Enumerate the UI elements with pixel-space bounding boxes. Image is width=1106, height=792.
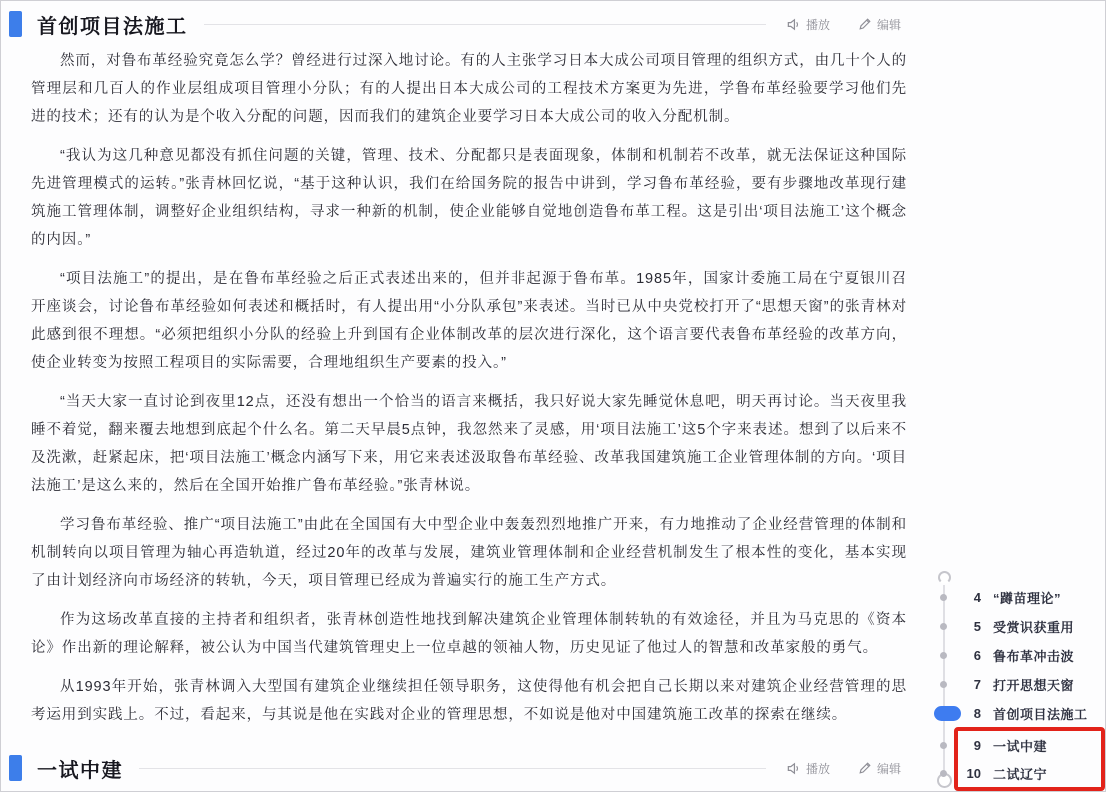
section-header-top: 首创项目法施工 播放 编辑 (9, 9, 901, 39)
active-chapter-marker (934, 706, 961, 721)
outline-item-number: 6 (962, 648, 981, 663)
timeline-dot (940, 770, 947, 777)
edit-button[interactable]: 编辑 (858, 16, 901, 33)
outline-item-5[interactable]: 5 受赏识获重用 (931, 612, 1103, 641)
play-button[interactable]: 播放 (786, 16, 830, 33)
timeline-dot (940, 623, 947, 630)
paragraph: “当天大家一直讨论到夜里12点，还没有想出一个恰当的语言来概括，我只好说大家先睡… (31, 388, 907, 500)
pencil-icon (858, 17, 872, 31)
outline-item-8-active[interactable]: 8 首创项目法施工 (931, 699, 1103, 728)
edit-label: 编辑 (877, 760, 901, 777)
paragraph: “我认为这几种意见都没有抓住问题的关键，管理、技术、分配都只是表面现象，体制和机… (31, 142, 907, 254)
edit-button[interactable]: 编辑 (858, 760, 901, 777)
timeline-dot (940, 652, 947, 659)
play-label: 播放 (806, 760, 830, 777)
section-toolbar: 播放 编辑 (786, 760, 901, 777)
outline-item-number: 4 (962, 590, 981, 605)
speaker-icon (786, 17, 801, 32)
outline-item-6[interactable]: 6 鲁布革冲击波 (931, 641, 1103, 670)
section-header-bottom: 一试中建 播放 编辑 (9, 753, 901, 783)
edit-label: 编辑 (877, 16, 901, 33)
outline-item-label: 打开思想天窗 (993, 675, 1074, 694)
speaker-icon (786, 761, 801, 776)
section-title: 首创项目法施工 (37, 10, 188, 39)
play-button[interactable]: 播放 (786, 760, 830, 777)
paragraph: 学习鲁布革经验、推广“项目法施工”由此在全国国有大中型企业中轰轰烈烈地推广开来，… (31, 511, 907, 595)
section-toolbar: 播放 编辑 (786, 16, 901, 33)
outline-item-label: “蹲苗理论” (993, 588, 1061, 607)
outline-item-number: 8 (962, 706, 981, 721)
timeline-dot (940, 681, 947, 688)
outline-item-label: 鲁布革冲击波 (993, 646, 1074, 665)
outline-item-label: 首创项目法施工 (993, 704, 1088, 723)
pencil-icon (858, 761, 872, 775)
outline-item-number: 7 (962, 677, 981, 692)
timeline-dot (940, 594, 947, 601)
document-page: 首创项目法施工 播放 编辑 然而，对鲁布革 (0, 0, 1106, 792)
outline-item-label: 受赏识获重用 (993, 617, 1074, 636)
header-divider (139, 768, 766, 769)
paragraph: 然而，对鲁布革经验究竟怎么学？曾经进行过深入地讨论。有的人主张学习日本大成公司项… (31, 47, 907, 131)
timeline-dot (940, 742, 947, 749)
outline-item-number: 10 (962, 766, 981, 781)
outline-item-label: 一试中建 (993, 736, 1047, 755)
outline-item-7[interactable]: 7 打开思想天窗 (931, 670, 1103, 699)
paragraph: 从1993年开始，张青林调入大型国有建筑企业继续担任领导职务，这使得他有机会把自… (31, 673, 907, 729)
outline-item-label: 二试辽宁 (993, 764, 1047, 783)
chapter-outline: 4 “蹲苗理论” 5 受赏识获重用 6 鲁布革冲击波 7 打开思想天窗 8 首创… (931, 571, 1105, 791)
article-body: 然而，对鲁布革经验究竟怎么学？曾经进行过深入地讨论。有的人主张学习日本大成公司项… (31, 47, 907, 740)
outline-item-9[interactable]: 9 一试中建 (931, 731, 1103, 760)
header-divider (204, 24, 766, 25)
outline-item-number: 5 (962, 619, 981, 634)
section-accent-bar (9, 11, 22, 37)
section-title: 一试中建 (37, 754, 123, 783)
paragraph: 作为这场改革直接的主持者和组织者，张青林创造性地找到解决建筑企业管理体制转轨的有… (31, 606, 907, 662)
paragraph: “项目法施工”的提出，是在鲁布革经验之后正式表述出来的，但并非起源于鲁布革。19… (31, 265, 907, 377)
outline-item-10[interactable]: 10 二试辽宁 (931, 759, 1103, 788)
play-label: 播放 (806, 16, 830, 33)
outline-item-number: 9 (962, 738, 981, 753)
outline-item-4[interactable]: 4 “蹲苗理论” (931, 583, 1103, 612)
section-accent-bar (9, 755, 22, 781)
